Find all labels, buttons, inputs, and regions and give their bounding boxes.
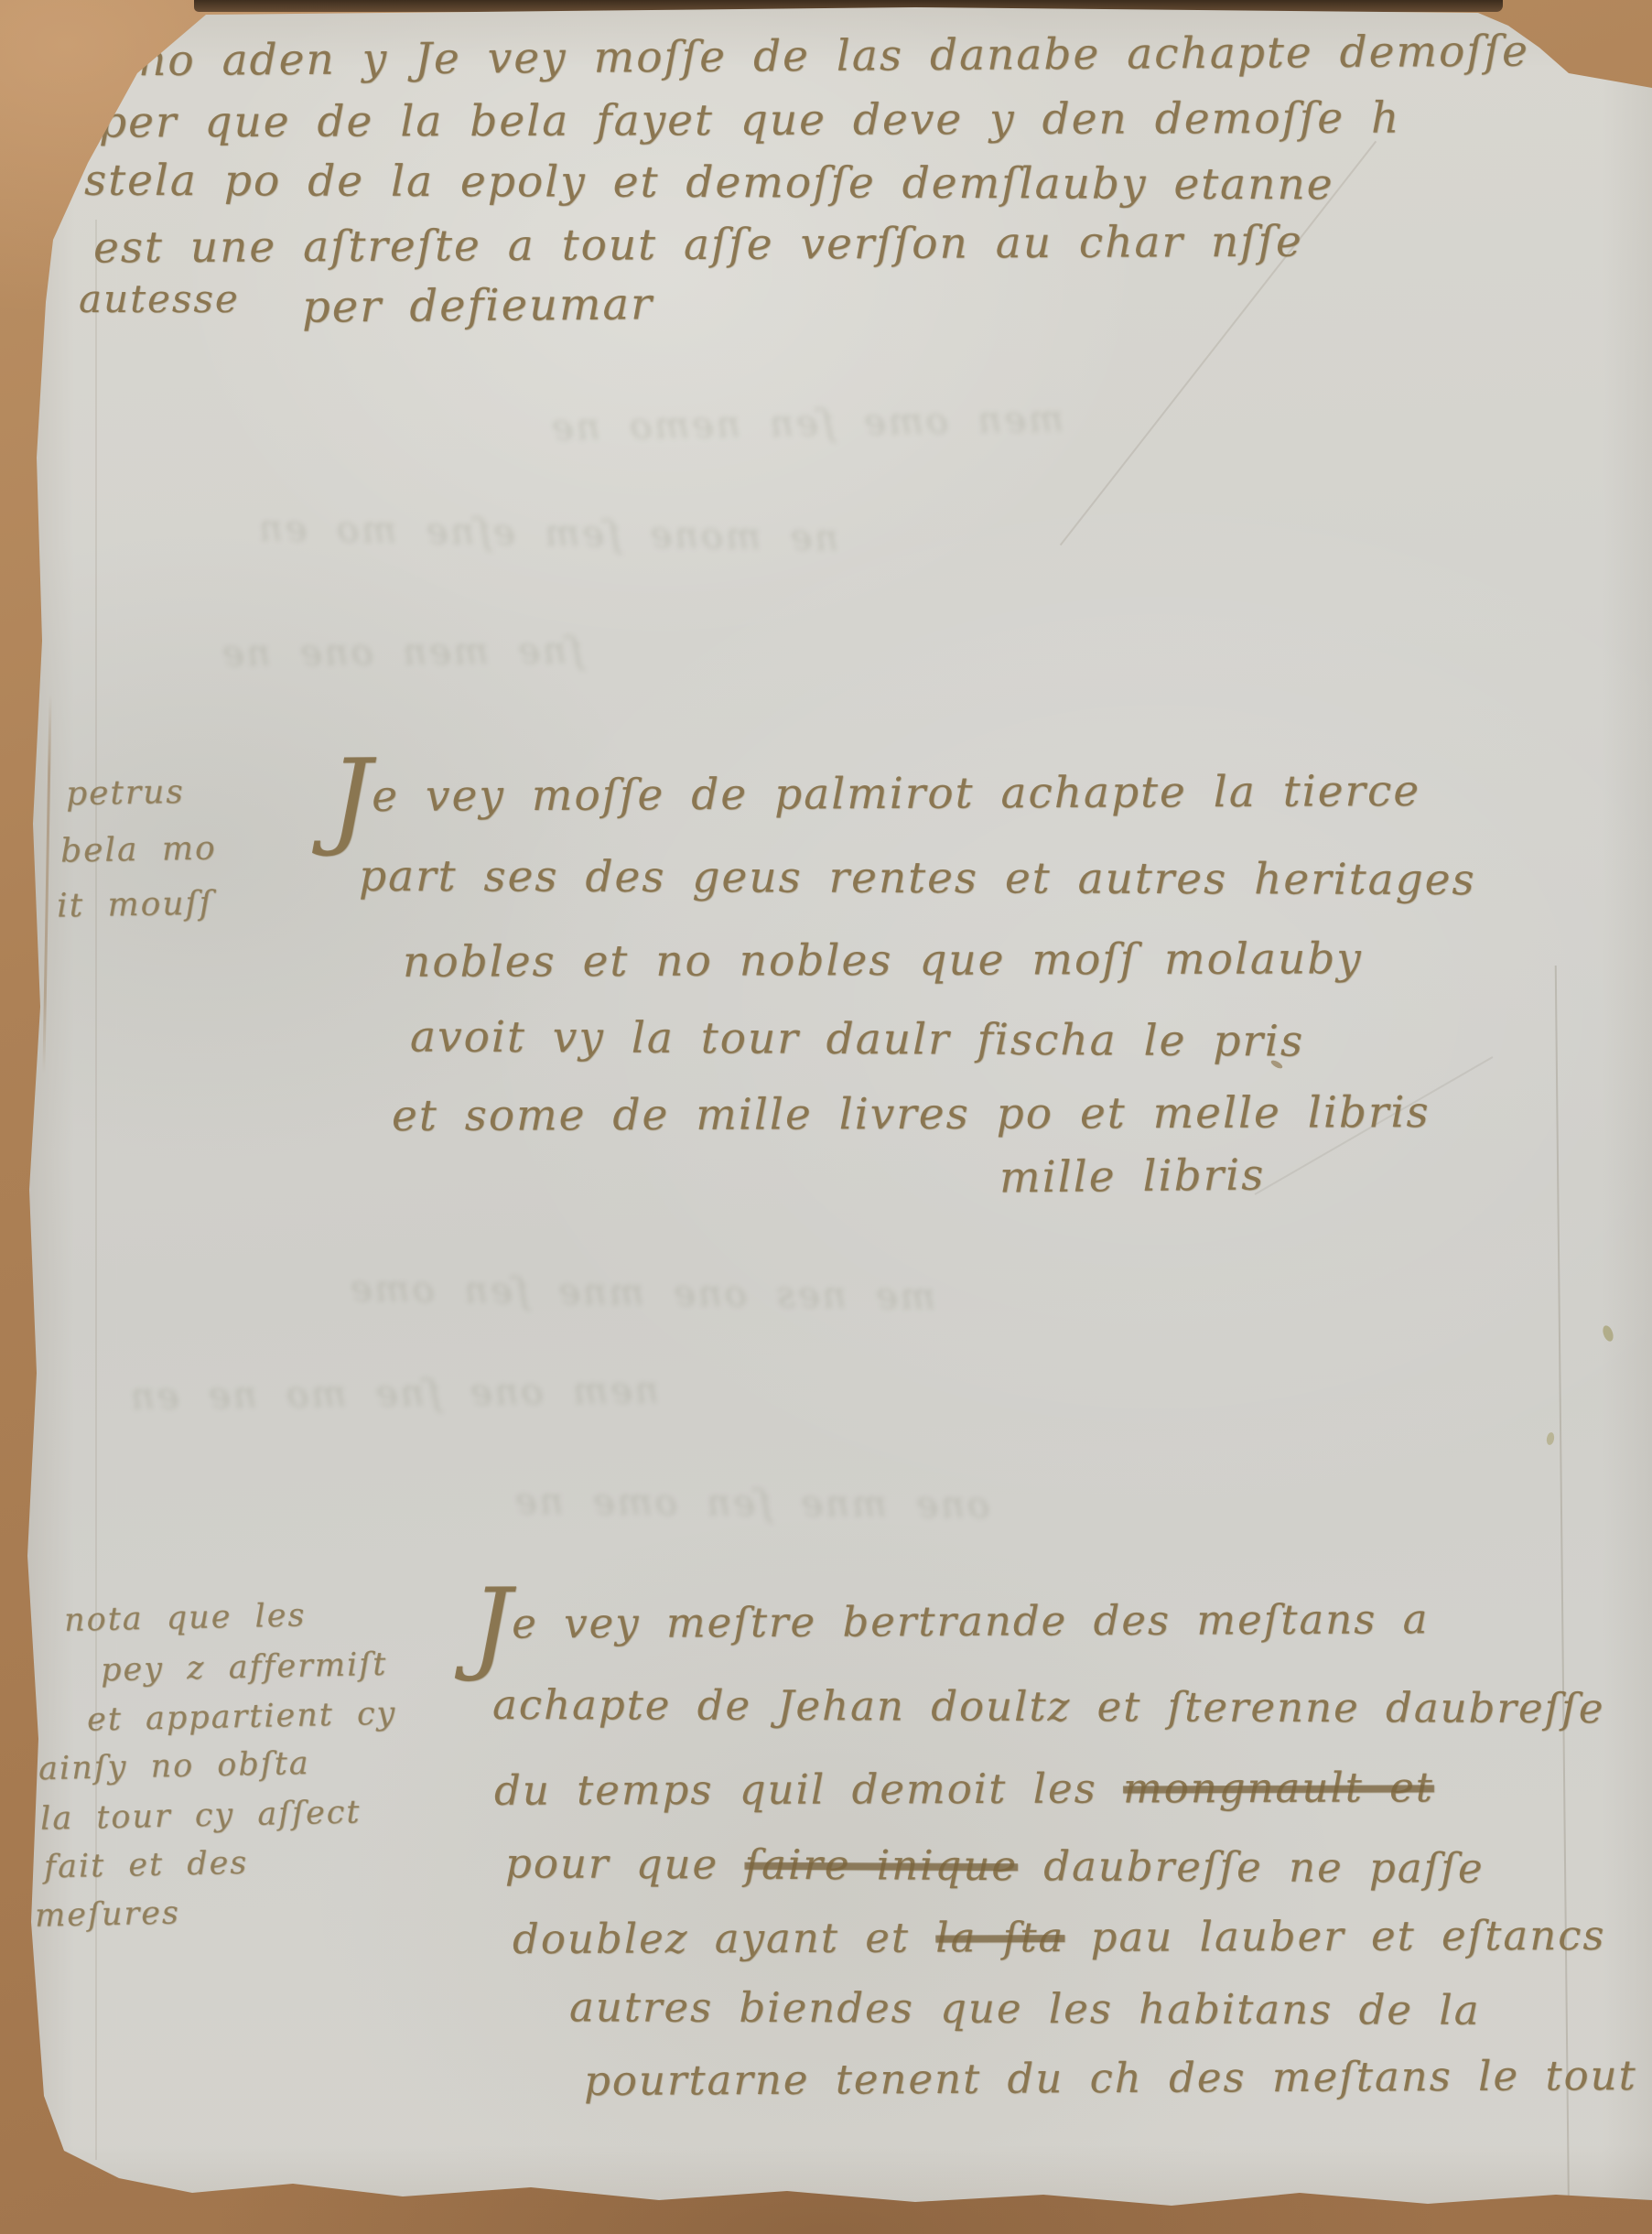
handwritten-line: et some de mille livres po et melle libr… <box>392 1087 1431 1141</box>
manuscript-paper-sheet: men ome ſen nemo ne ne mone ſem eſne mo … <box>0 0 1652 2234</box>
handwritten-line: pourtarne tenent du ch des meſtans le to… <box>584 2051 1637 2105</box>
handwritten-line: doublez ayant et la ſta pau lauber et eſ… <box>513 1911 1606 1963</box>
margin-note: it mouſſ <box>57 885 214 925</box>
handwritten-line: nobles et no nobles que moſſ molauby <box>403 934 1363 987</box>
amount-line: mille libris <box>999 1149 1266 1203</box>
ink-speck <box>1601 1324 1615 1343</box>
paper-crease <box>42 694 51 1074</box>
line-text: daubreſſe ne paſſe <box>1018 1841 1485 1893</box>
ink-speck <box>1546 1431 1555 1445</box>
struck-text: ſaire inique <box>744 1840 1018 1891</box>
handwritten-line: autesse <box>79 276 240 321</box>
struck-text: mongnault et <box>1123 1763 1434 1812</box>
handwritten-line: per que de la bela fayet que deve y den … <box>99 93 1400 148</box>
line-text: e vey meſtre bertrande des meſtans a <box>512 1594 1429 1647</box>
bleedthrough-text: ne mone ſem eſne mo en <box>256 507 839 559</box>
margin-note: la tour cy aſſect <box>40 1794 362 1837</box>
handwritten-line: part ses des geus rentes et autres herit… <box>359 851 1476 905</box>
line-text: e vey moſſe de palmirot achapte la tierc… <box>372 766 1420 822</box>
handwritten-line: per defieumar <box>302 278 653 332</box>
handwritten-line: Je vey meſtre bertrande des meſtans a <box>471 1594 1430 1647</box>
line-text: doublez ayant et <box>513 1913 935 1963</box>
bleedthrough-text: nem one ſne mo ne en <box>128 1369 659 1418</box>
handwritten-line: avoit vy la tour daulr fischa le pris <box>410 1011 1304 1066</box>
margin-note: bela mo <box>60 830 217 870</box>
decorated-initial: J <box>471 1568 513 1685</box>
line-text: du temps quil demoit les <box>494 1764 1123 1814</box>
line-text: pau lauber et eſtancs <box>1064 1911 1605 1961</box>
margin-note: petrus <box>66 773 185 813</box>
handwritten-line: stela po de la epoly et demoſſe demſlaub… <box>84 156 1334 210</box>
bleedthrough-text: ſne men one ne <box>220 630 583 675</box>
handwritten-line: est une aſtreſte a tout aſſe verſſon au … <box>93 217 1303 274</box>
manuscript-photo: men ome ſen nemo ne ne mone ſem eſne mo … <box>0 0 1652 2234</box>
handwritten-line: du temps quil demoit les mongnault et <box>494 1763 1434 1815</box>
margin-note: et appartient cy <box>87 1695 397 1738</box>
handwritten-line: pour que ſaire inique daubreſſe ne paſſe <box>505 1839 1485 1893</box>
margin-note: ainſy no obſta <box>38 1745 310 1787</box>
handwritten-line: Je vey moſſe de palmirot achapte la tier… <box>329 766 1420 822</box>
bleedthrough-text: men ome ſen nemo ne <box>549 398 1064 449</box>
handwritten-line: a no aden y Je vey moſſe de las danabe a… <box>84 26 1529 86</box>
paper-crease <box>1555 966 1571 2234</box>
handwritten-line: autres biendes que les habitans de la <box>569 1982 1481 2034</box>
margin-note: meſures <box>35 1894 181 1934</box>
handwritten-line: achapte de Jehan doultz et ſterenne daub… <box>492 1680 1605 1732</box>
bleedthrough-text: one mne ſen ome ne <box>513 1481 989 1527</box>
margin-note: pey z affermiſt <box>101 1646 388 1689</box>
margin-note: fait et des <box>44 1845 249 1886</box>
struck-text: la ſta <box>935 1913 1064 1961</box>
bleedthrough-text: me nes one mne ſen ome <box>348 1268 936 1319</box>
decorated-initial: J <box>329 737 373 859</box>
margin-note: nota que les <box>64 1597 307 1639</box>
line-text: pour que <box>505 1839 745 1888</box>
